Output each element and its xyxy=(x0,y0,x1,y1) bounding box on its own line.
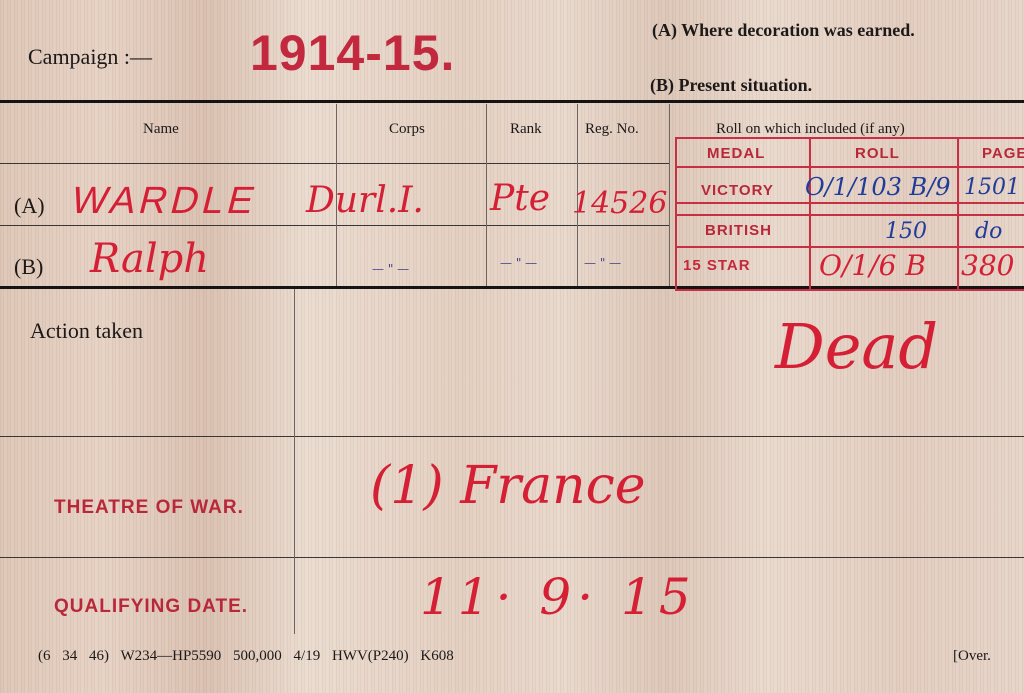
roll-15-star: O/1/6 B xyxy=(819,249,926,282)
stamp-rule xyxy=(677,202,1024,204)
corps-ditto: — " — xyxy=(372,262,409,276)
campaign-label: Campaign :— xyxy=(28,44,152,70)
reg-no-value: 14526 xyxy=(572,186,667,221)
page-15-star: 380 xyxy=(961,249,1014,282)
col-divider xyxy=(669,104,670,286)
legend-present-situation: (B) Present situation. xyxy=(650,75,812,96)
col-divider xyxy=(486,104,487,286)
roll-british: 150 xyxy=(885,219,927,244)
qualifying-date-value: 11· 9· 15 xyxy=(420,568,697,626)
row-a-label: (A) xyxy=(14,193,45,219)
label-divider xyxy=(294,289,295,634)
action-bottom-rule xyxy=(0,436,1024,437)
stamp-rule xyxy=(677,246,1024,248)
over-note: [Over. xyxy=(953,648,991,665)
page-victory: 1501 xyxy=(964,175,1020,200)
theatre-of-war-value: (1) France xyxy=(370,456,646,516)
column-header-rank: Rank xyxy=(510,121,542,138)
roll-header: ROLL xyxy=(855,145,900,162)
legend-where-earned: (A) Where decoration was earned. xyxy=(652,20,915,41)
column-header-reg-no: Reg. No. xyxy=(585,121,639,138)
surname-value: WARDLE xyxy=(67,180,263,223)
header-rule xyxy=(0,100,1024,103)
reg-no-ditto: — " — xyxy=(584,256,621,270)
medal-victory: VICTORY xyxy=(701,182,774,199)
row-a-rule xyxy=(0,225,670,226)
qualifying-date-label: QUALIFYING DATE. xyxy=(54,596,248,618)
medal-british: BRITISH xyxy=(705,222,772,239)
rank-ditto: — " — xyxy=(500,256,537,270)
stamp-divider xyxy=(809,139,811,289)
page-british: do xyxy=(975,219,1002,244)
medal-header: MEDAL xyxy=(707,145,765,162)
column-header-name: Name xyxy=(143,121,179,138)
stamp-divider xyxy=(957,139,959,289)
theatre-of-war-label: THEATRE OF WAR. xyxy=(54,497,244,519)
campaign-year-stamp: 1914-15. xyxy=(250,24,455,82)
print-code: (6 34 46) W234—HP5590 500,000 4/19 HWV(P… xyxy=(38,648,454,665)
theatre-bottom-rule xyxy=(0,557,1024,558)
page-header: PAGE xyxy=(982,145,1024,162)
corps-value: Durl.I. xyxy=(306,180,424,221)
stamp-rule xyxy=(677,166,1024,168)
roll-victory: O/1/103 B/9 xyxy=(805,173,951,201)
action-taken-label: Action taken xyxy=(30,318,143,344)
forename-value: Ralph xyxy=(90,236,209,282)
column-header-corps: Corps xyxy=(389,121,425,138)
action-taken-value: Dead xyxy=(775,310,938,383)
stamp-rule xyxy=(677,214,1024,216)
column-header-rule xyxy=(0,163,670,164)
medal-15-star: 15 STAR xyxy=(683,257,751,274)
medal-roll-stamp: MEDAL ROLL PAGE VICTORY O/1/103 B/9 1501… xyxy=(675,137,1024,291)
row-b-label: (B) xyxy=(14,254,43,280)
rank-value: Pte xyxy=(490,178,550,219)
roll-title: Roll on which included (if any) xyxy=(716,121,905,138)
